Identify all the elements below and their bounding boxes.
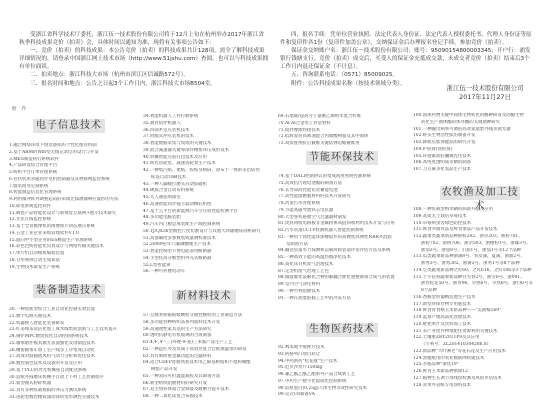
list-item: 71.搅拌摩擦焊接技术 [278,128,410,135]
list-item: 3.MES制造执行系统软件 [9,157,137,164]
section-title-agriculture: 农牧渔及加工技术 [440,186,520,200]
item-list-new-materials-a: 57.豆腐米粉振振级颗粒分散性颗粒的工业制造方法 58.多功能特种纺织品系列面料… [143,313,271,401]
intro-paragraph: 一、竞价（拍卖）的科技成果：本公告竞价（拍卖）的科技成果共计128项，需全了解科… [19,47,269,71]
announcement-intro-left: 受浙江省科学技术厅委托，浙江伍一技术股份有限公司将于12月上旬在杭州举办2017… [19,31,269,88]
list-item: 42.一种集凸贴、柔贴、胶贴及喷码、涂布于一体的多层防伪 [143,168,271,175]
list-item: 105.环孢素软胶囊微乳化技术 [413,154,545,161]
list-item: 浙茄3号、浙茄8号、引茄1号、浙茄1号等12个品种 [413,248,547,255]
list-item: 75.高效抗污锂电池膜的制备方法 [278,181,410,188]
list-item: 124.黑植纸用的农业数联网构建技术 [413,356,547,363]
list-item: 60.透明抗静电有机玻璃的合成制备 [143,333,271,340]
list-item: 85.一种高效节能的高温热烟净化技术 [278,255,410,262]
list-item: 99.反式C8制备VA [278,392,410,399]
list-item: 64.适合CDFP普通熟复技术用乙烯基树脂和不饱和聚酯 [143,360,271,367]
list-item: 65.一种双向可折温能凝胶及其制备方法 [143,374,271,381]
section-title-new-materials: 新材料技术 [172,290,236,304]
list-item: 58.多功能特种纺织品系列面料技术开发 [143,320,271,327]
list-item: 73.高浓度纳抗后截维关键防弹迫缩截维用 [278,141,410,148]
list-item: 33.齿轮型数控精铣康动锋转变形测控关键技术 [9,395,137,402]
list-item: 110.草莓病虫害绿色防控技术 [413,221,547,228]
list-item: 119.蓝莓产地高品化处理技术 [413,315,547,322]
list-item: 91.一种在油墨胶黏工艺中的冷冻方法 [278,296,410,303]
list-item: 122.土壤重ZRY2011P8及其应用 [413,335,547,342]
list-item: 63.具有吸附重金属功能的过滤材料 [143,354,271,361]
item-list-electronics: 1.融合网络环境下情景感知的个性化推荐机制 2.基于ARM的Wifi型无线记录仪… [9,143,137,271]
item-list-equipment-a: 20.一种创新型综合工业自动化控制实验装置 21.数字电源关键技术 22.机器换… [9,307,137,402]
list-item: 44.硬质合金自动布料系统 [143,188,271,195]
list-item: 101.一种输出频率可调的高效家庭紫外线杀菌光器 [413,127,545,134]
list-item: 浙粉702、浙粉706、浙杂503、浙樱粉1号、浙雄3号、 [413,241,547,248]
list-item: 69.石墨烯/超高分子量聚乙烯纳米复合纤维 [278,114,410,121]
list-item: 108.一种负载型纳米硒的制备方法及应用 [413,207,547,214]
list-item: 26.精密轴承车加工生产线多工序集成自动化 [9,348,137,355]
list-item: 113.瓜类蔬菜新品种浙蒲8号、青皮蒲、夏蒲、浙甜2号、 [413,254,547,261]
list-item: 19.生物技术研发生产系统 [9,265,137,272]
list-item: 浙秀3号、浙秀302、浙蒲2号、浙秀1号等8个品种 [413,261,547,268]
list-item: 12.光伏在线监控系统 [9,217,137,224]
list-item: 83.一种用于高性能环保橡胶件的高硬度高弹性NBR共混胶 [278,235,410,242]
list-item: 38.智能数据采集与集成的关键技术 [143,141,271,148]
list-item: 标签自动印刷技术 [143,175,271,182]
list-item: 115.十字花科蔬菜新品种白雪春2号、浙雪6号、浙091、 [413,275,547,282]
list-item: 40.机械智能点胶打包技术及应用 [143,155,271,162]
list-item: 77.高性能阻燃膜材料的技术开发研究 [278,194,410,201]
intro-paragraph: 三、报名时间和地点：公告之日起3个工作日内，浙江科技大市场B504室。 [19,80,269,88]
list-item: 53.智能控制型节费电能表用断路器 [143,249,271,256]
list-item: 97.中药生产数字化提质化控制系统 [278,379,410,386]
list-item: 13.基于全景摄像机的图像照片动态展示系统 [9,224,137,231]
list-item: 浙农松花50号、浙青96、早熟6号、早熟8号、浙白6号等 [413,281,547,288]
list-item: 48.多功能电脑装胎 [143,215,271,222]
list-item: 21.数字电源关键技术 [9,314,137,321]
list-item: 90.一种竹材阻燃技术 [278,289,410,296]
list-item: 104.护肤膏(祛痘膏) [413,147,545,154]
intro-paragraph: 二、拍卖地点：浙江科技大市场（杭州市滨江区信诚路572号）。 [19,71,269,79]
list-item: 29.基于PLC的处光机械座自动配送系统 [9,368,137,375]
list-item: 95.厄贝沙坦片150mg [278,365,410,372]
signature-date: 2017年11月27日 [430,93,540,102]
list-item: 23.红茶绿茶清洁化加工成木线集成创新与工艺技术提升 [9,327,137,334]
list-item: 24.钢铲MPC燃烧优化自动控制系统技术 [9,334,137,341]
list-item: 25.轴承锻件模具激光表面强化及再制造技术 [9,341,137,348]
list-item: 28.数控染色技术及设备的开发及应用 [9,361,137,368]
item-list-biomedicine-a: 92.鸭苯地平缓释片技术 93.阿格列汀项目转让 94.中药新药"松花散"生产技… [278,345,410,399]
list-item: 70.Al-Al合金电子封装材料 [278,121,410,128]
attachment-label: 附 件 [12,106,28,112]
list-item: 1.融合网络环境下情景感知的个性化推荐机制 [9,143,137,150]
list-item: 62.一种远红外及负离子高效热复合自粘保温带的研发 [143,347,271,354]
list-item: 106.高纯度透明质多糖的制备 [413,160,545,167]
list-item: 59.高通透性家具基的生产方法研究 [143,327,271,334]
list-item: 5.纺织平台订单管理系统 [9,170,137,177]
section-title-equipment: 装备制造技术 [33,284,105,298]
list-item: 72.低辉发份高吸油混合丙烯酸树脂及其中间体 [278,134,410,141]
signature-company: 浙江伍一技术股份有限公司 [430,84,540,93]
list-item: 16.彩色色纺智能化负真设计与网络传输关键技术 [9,244,137,251]
list-item: 117.新型环保作物专用肥技术 [413,302,547,309]
list-item: 15.面向中小型企业的ES精益生产管理系统 [9,238,137,245]
list-item: 79.节能高磁导流铁芯电抗器 [278,208,410,215]
list-item: 82.污水管道CCTV检测机器人智能控制系统 [278,228,410,235]
list-item: 112.蔬菜类蔬菜新品种浙粉202、浙杂203、浙粉701、 [413,234,547,241]
list-item: 80.大型客机座舱空气过滤器材研发 [278,215,410,222]
list-item: 114.豆类蔬菜新品种之豇60、之豇616、之豇106等3个品种 [413,268,547,275]
list-item: 88.微波催化裂解化合物的解耦合催化重整制备合成气的装置 [278,275,410,282]
list-item: 118.鲜食青食糯玉米新品种——"美甜糯169" [413,308,547,315]
list-item: 116.香糯金粒葡精选他生产技术 [413,295,547,302]
intro-paragraph: 受浙江省科学技术厅委托，浙江伍一技术股份有限公司将于12月上旬在杭州举办2017… [19,31,269,47]
list-item: 4.产品研发综合管理平台 [9,163,137,170]
announcement-intro-right: 四、报名手续：凭单位营业执照、法定代表人身份证、法定代表人授权委托书、代理人身份… [280,31,534,88]
list-item: 39.混合减速器关键零部件精密环压成形技术 [143,148,271,155]
list-item: 55.L型智能锁 [143,263,271,270]
list-item: 127.植物生长调节剂残留检测及风险评估技术 [413,376,547,383]
list-item: 27.高效对旋轴流风机气动力分析和优化技术 [9,354,137,361]
list-item: 121.茶产业废弃物堆肥化资源利用关键技术 [413,329,547,336]
list-item: 34.智能机器人工件打磨系统 [143,114,271,121]
intro-paragraph: 保证金交纳账户名：浙江伍一技术股份有限公司；账号：950901548000033… [280,47,534,71]
list-item: 54.小型化高分断塑料外壳式断路器 [143,256,271,263]
list-item: 92.鸭苯地平缓释片技术 [278,345,410,352]
section-title-energy-environment: 节能环保技术 [306,151,378,165]
list-item: 47.基于云平台的新能源汽车空压机性能检测平台 [143,209,271,216]
list-item: 17.单片机自动相机编程装置 [9,251,137,258]
list-item: 14.五金工业企业采购管理软件V1.0 [9,231,137,238]
list-item: 68.一种二氧化钛复合布膜技术 [143,394,271,401]
list-item: 2.基于ARM的Wifi型无线记录仪的设计与开发 [9,150,137,157]
list-item: 35.教育陪伴机器人 [143,121,271,128]
list-item: 78.河道污水处理系统 [278,201,410,208]
intro-paragraph: 五、咨询联系电话：（0571）85009025。 [280,71,534,79]
list-item: 18.分形规则自动生成算法 [9,258,137,265]
list-item: 102.虾头生物活性肽的制备开发 [413,133,545,140]
signature-block: 浙江伍一技术股份有限公司 2017年11月27日 [430,84,540,102]
list-item: 9.利用微冲阵列调整起码的来线光探测器响应波形的方法 [9,197,137,204]
list-item: 11.陶瓷产品智能化设计与新视觉互联网+展示技术研究 [9,211,137,218]
list-item: 128.青果外袋纸专用涂料技术 [413,383,547,390]
list-item: 61.4,4',4''-三(环唑-9-基)三苯胺产品生产工艺 [143,340,271,347]
list-item: 49.汽车内门板总成装配生产线控制系统 [143,222,271,229]
list-item: 8.智能制造信息化管理系统 [9,190,137,197]
list-item: 50.TJ/QX36型数控尺度切割设计与其他大环轴磨铣削机研究 [143,229,271,236]
list-item: 30.造纸外圆磨床机械手自动上下料工艺控制程序 [9,375,137,382]
list-item: 100.固体药物关键中间体生物转化的酶种研发及固酶生物 [413,113,545,120]
list-item: 22.机器换人智能化装备研发 [9,321,137,328]
list-item: 37.伺服式冲压装机的技术 [143,134,271,141]
section-title-electronics: 电子信息技术 [33,119,105,133]
list-item: 74.基于DALI控制协议的集成商用照明控制系统 [278,174,410,181]
list-item: 125.水稻品种"浙优19" [413,362,547,369]
section-title-biomedicine: 生物医药技术 [306,323,378,337]
list-item: 10.即电系统监控软件 [9,204,137,211]
list-item: 56.一种可折叠电动车 [143,269,271,276]
list-item: 转化生产菌体酶的体外酶的关键菌种研究 [413,120,545,127]
list-item: 96.氟乙酰乙酰乙酯系列产品合成新工艺 [278,372,410,379]
list-item: 86.高化床有机废气治理技术 [278,262,410,269]
list-item: 123.新品种"大叶蕃老"等花石花及生产应用技术 [413,349,547,356]
list-item: 57.豆腐米粉振振级颗粒分散性颗粒的工业制造方法 [143,313,271,320]
list-item: 93.阿格列汀项目转让 [278,352,410,359]
list-item: 109.高架无土栽培草莓技术 [413,214,547,221]
item-list-new-materials-b: 69.石墨烯/超高分子量聚乙烯纳米复合纤维 70.Al-Al合金电子封装材料 7… [278,114,410,148]
item-list-agriculture: 108.一种负载型纳米硒的制备方法及应用 109.高架无土栽培草莓技术 110.… [413,207,547,389]
list-item: 67.双主熔锌体超合金制备及耐磨力提升技术 [143,387,271,394]
list-item: 103.降血压肽保健品的研究开发 [413,140,545,147]
list-item: 20.一种创新型综合工业自动化控制实验装置 [9,307,137,314]
item-list-energy: 74.基于DALI控制协议的集成商用照明控制系统 75.高效抗污锂电池膜的制备方… [278,174,410,302]
list-item: 107.刀豆凝等化农品生产技术 [413,167,545,174]
list-item: 31.新型锤式粉碎机器 [9,381,137,388]
list-item: 8个品种 [413,288,547,295]
list-item: 126.鲜食玉米新品种浙甜12 [413,369,547,376]
list-item: 81.废料回收电路板非金属粉体高值回收利用技术开发与应用 [278,221,410,228]
list-item: 51.高准确度多参数集成量测校准技术 [143,236,271,243]
item-list-biomedicine-b: 100.固体药物关键中间体生物转化的酶种研发及固酶生物 转化生产菌体酶的体外酶的… [413,113,545,174]
list-item: 87.定型机废气治理工艺包 [278,269,410,276]
list-item: 45.无人器征喷漆室 [143,195,271,202]
list-item: 及制备方法 [278,242,410,249]
list-item: （专利号：ZL201410304286.8） [413,342,547,349]
list-item: 46.高速智能同步拖立取动精轧机组 [143,202,271,209]
list-item: 43.一种人脚腿打磨头点动胶辊机 [143,182,271,189]
list-item: 52.2000吨/年六氟磷酸锂生产技术 [143,242,271,249]
list-item: 6.管状机用永磁同步电机控制器及其物联网监控系统 [9,177,137,184]
list-item: 89.室内空气净化材料 [278,282,410,289]
list-item: 树脂产品开发 [143,367,271,374]
list-item: 120.枇杷果汁及饮料加工技术 [413,322,547,329]
list-item: 7.服装商业定制系统 [9,184,137,191]
list-item: 41.纺丝齿轮泵、减速齿轮泵生产技术 [143,161,271,168]
list-item: 111.鲜食笋润食品及鲜食菜品产品开发技术 [413,227,547,234]
item-list-equipment-b: 34.智能机器人工件打磨系统 35.教育陪伴机器人 36.四面木室压装机技术 3… [143,114,271,276]
intro-paragraph: 四、报名手续：凭单位营业执照、法定代表人身份证、法定代表人授权委托书、代理人身份… [280,31,534,47]
list-item: 36.四面木室压装机技术 [143,128,271,135]
list-item: 94.中药新药"松花散"生产技术 [278,359,410,366]
list-item: 66.新型纺织阻燃材料的研究开发 [143,381,271,388]
list-item: 32.具有多种负载模拟的冲击力测试系统 [9,388,137,395]
list-item: 76.长寿命高性能铅炭蓄能电池 [278,188,410,195]
list-item: 84.输送管道水力探测和运载故障管道评估评估方法及系统 [278,248,410,255]
list-item: 98.胶原蛋白(0.25g)人体生物等效性研究技术 [278,386,410,393]
